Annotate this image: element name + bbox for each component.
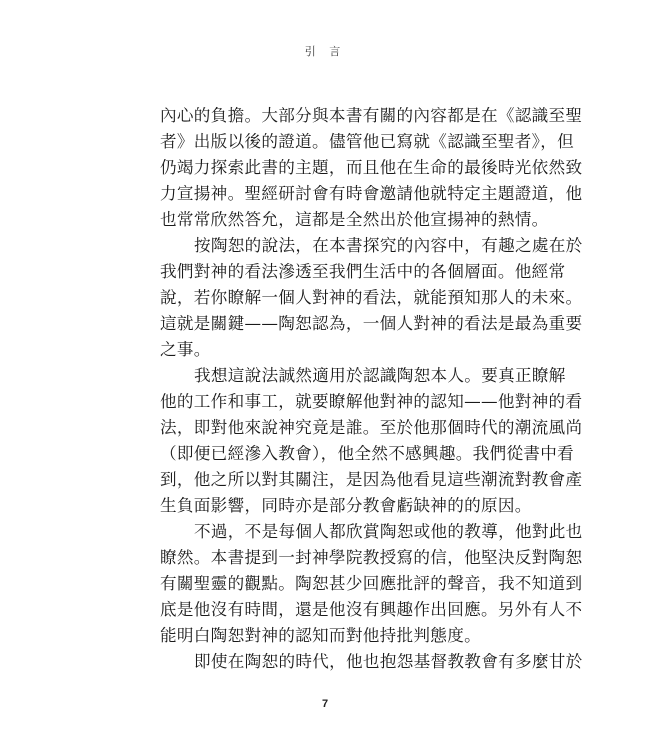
text-line: 到，他之所以對其關注，是因為他看見這些潮流對教會產 <box>160 467 505 493</box>
text-line: 有關聖靈的觀點。陶恕甚少回應批評的聲音，我不知道到 <box>160 571 505 597</box>
text-line: 這就是關鍵——陶恕認為，一個人對神的看法是最為重要 <box>160 311 505 337</box>
text-line: 之事。 <box>160 337 505 363</box>
paragraph-start-line: 我想這說法誠然適用於認識陶恕本人。要真正瞭解 <box>160 363 505 389</box>
text-line: 我們對神的看法滲透至我們生活中的各個層面。他經常 <box>160 259 505 285</box>
text-line: 瞭然。本書提到一封神學院教授寫的信，他堅決反對陶恕 <box>160 545 505 571</box>
text-line: 力宣揚神。聖經研討會有時會邀請他就特定主題證道，他 <box>160 181 505 207</box>
text-line: 生負面影響，同時亦是部分教會虧缺神的的原因。 <box>160 493 505 519</box>
body-text: 內心的負擔。大部分與本書有關的內容都是在《認識至聖 者》出版以後的證道。儘管他已… <box>160 103 505 675</box>
paragraph-start-line: 即使在陶恕的時代，他也抱怨基督教教會有多麼甘於 <box>160 649 505 675</box>
book-page: 引 言 內心的負擔。大部分與本書有關的內容都是在《認識至聖 者》出版以後的證道。… <box>0 0 650 750</box>
text-line: 能明白陶恕對神的認知而對他持批判態度。 <box>160 623 505 649</box>
text-line: 說，若你瞭解一個人對神的看法，就能預知那人的未來。 <box>160 285 505 311</box>
text-line: 內心的負擔。大部分與本書有關的內容都是在《認識至聖 <box>160 103 505 129</box>
paragraph-start-line: 按陶恕的說法，在本書探究的內容中，有趣之處在於 <box>160 233 505 259</box>
paragraph-start-line: 不過，不是每個人都欣賞陶恕或他的教導，他對此也 <box>160 519 505 545</box>
text-line: 底是他沒有時間，還是他沒有興趣作出回應。另外有人不 <box>160 597 505 623</box>
text-line: 者》出版以後的證道。儘管他已寫就《認識至聖者》，但 <box>160 129 505 155</box>
page-number: 7 <box>0 698 650 710</box>
text-line: 法，即對他來說神究竟是誰。至於他那個時代的潮流風尚 <box>160 415 505 441</box>
text-line: 也常常欣然答允，這都是全然出於他宣揚神的熱情。 <box>160 207 505 233</box>
text-line: （即便已經滲入教會），他全然不感興趣。我們從書中看 <box>160 441 505 467</box>
text-line: 他的工作和事工，就要瞭解他對神的認知——他對神的看 <box>160 389 505 415</box>
text-line: 仍竭力探索此書的主題，而且他在生命的最後時光依然致 <box>160 155 505 181</box>
running-head-title: 引 言 <box>0 43 650 59</box>
